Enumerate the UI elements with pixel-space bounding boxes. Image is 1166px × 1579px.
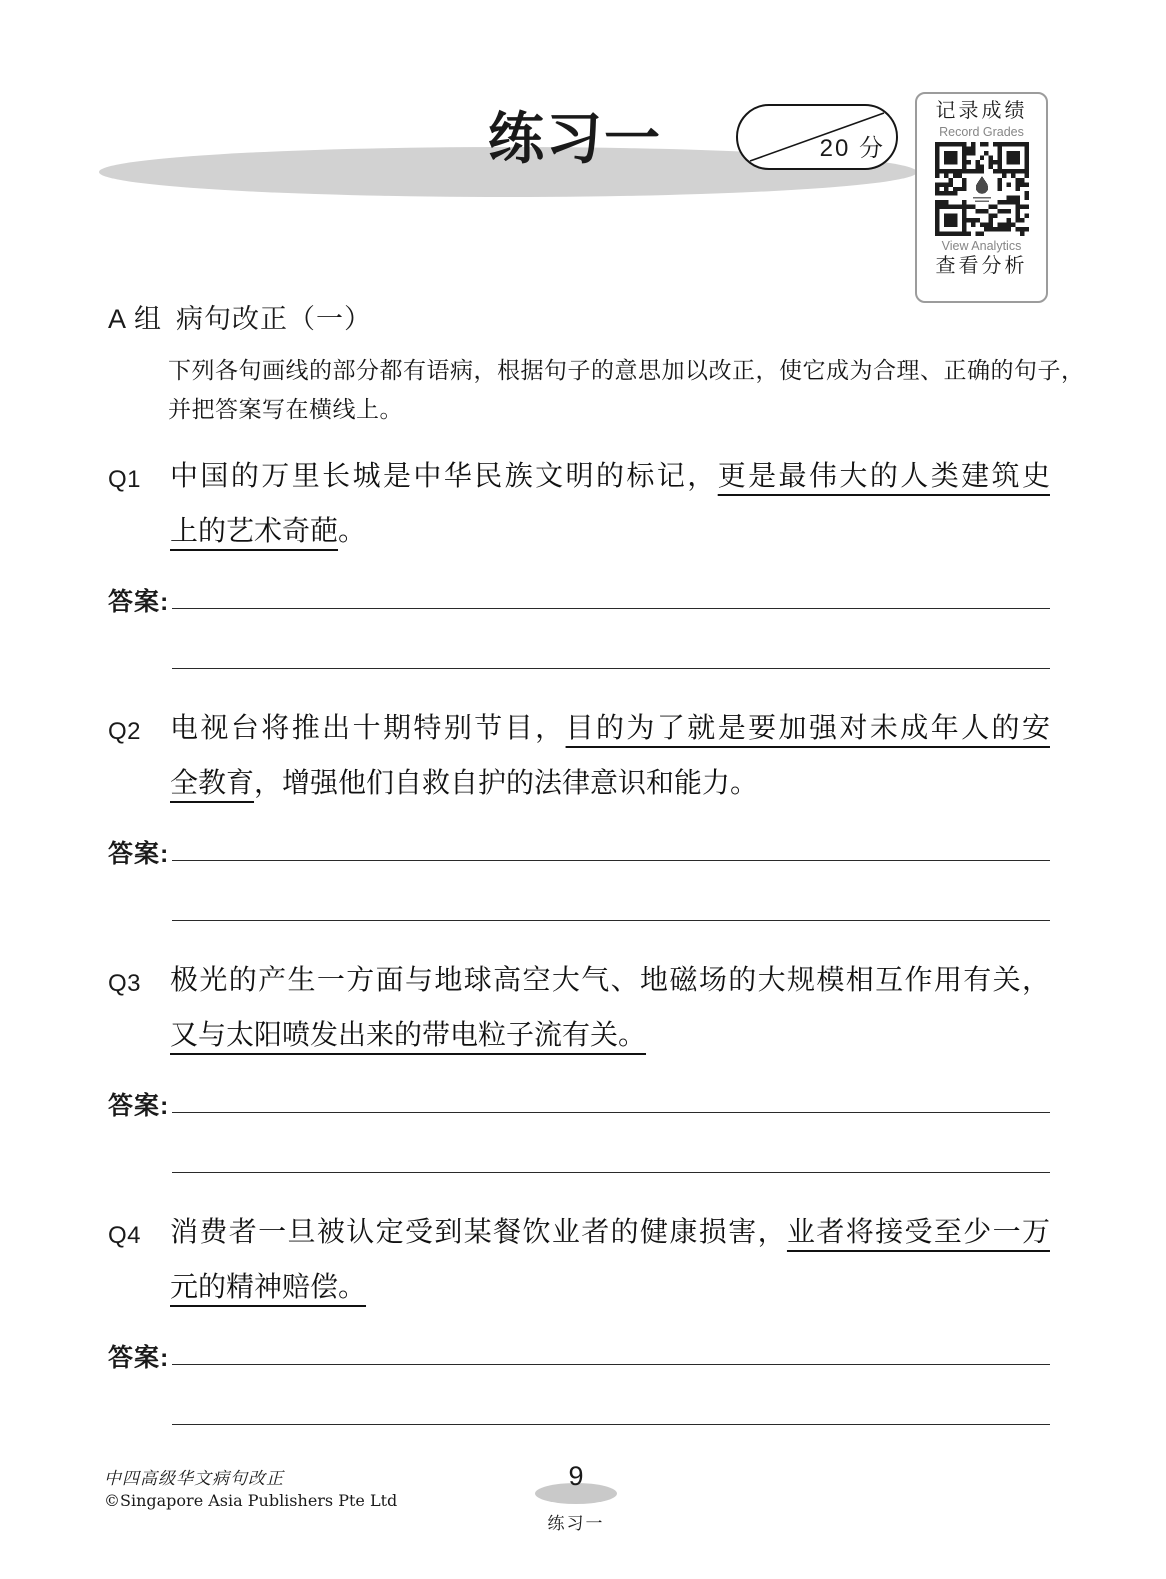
qr-title-cn: 记录成绩: [936, 99, 1028, 124]
question-q1: 中国的万里长城是中华民族文明的标记，更是最伟大的人类建筑史 上的艺术奇葩。: [170, 448, 1050, 558]
answer-line: [172, 1112, 1050, 1113]
answer-line: [172, 608, 1050, 609]
question-line: 元的精神赔偿。: [170, 1259, 1050, 1314]
answer-line: [172, 1364, 1050, 1365]
question-label-q1: Q1: [108, 466, 141, 494]
answer-line: [172, 860, 1050, 861]
question-line: 电视台将推出十期特别节目，目的为了就是要加强对未成年人的安: [170, 700, 1050, 755]
question-text: 电视台将推出十期特别节目，: [170, 711, 566, 744]
question-q3: 极光的产生一方面与地球高空大气、地磁场的大规模相互作用有关， 又与太阳喷发出来的…: [170, 952, 1050, 1062]
answer-label: 答案:: [108, 1086, 169, 1122]
underlined-text: 更是最伟大的人类建筑史: [718, 459, 1050, 492]
instructions-line: 并把答案写在横线上。: [168, 390, 1085, 429]
footer-page-label: 练习一: [496, 1509, 656, 1534]
qr-footer-en: View Analytics: [942, 238, 1022, 254]
footer-series-title: 中四高级华文病句改正: [104, 1464, 284, 1489]
answer-line: [172, 920, 1050, 921]
question-label-q4: Q4: [108, 1222, 141, 1250]
qr-title-en: Record Grades: [939, 124, 1024, 140]
section-heading: A 组病句改正（一）: [108, 297, 372, 336]
answer-line: [172, 1424, 1050, 1425]
question-line: 又与太阳喷发出来的带电粒子流有关。: [170, 1007, 1050, 1062]
score-box: 20 分: [736, 104, 898, 170]
question-line: 消费者一旦被认定受到某餐饮业者的健康损害，业者将接受至少一万: [170, 1204, 1050, 1259]
score-value: 20 分: [820, 128, 885, 163]
instructions-line: 下列各句画线的部分都有语病，根据句子的意思加以改正，使它成为合理、正确的句子，: [168, 351, 1085, 390]
page-title: 练习一: [488, 108, 662, 170]
answer-label: 答案:: [108, 582, 169, 618]
instructions: 下列各句画线的部分都有语病，根据句子的意思加以改正，使它成为合理、正确的句子， …: [168, 351, 1085, 429]
underlined-text: 又与太阳喷发出来的带电粒子流有关。: [170, 1018, 646, 1051]
answer-line: [172, 1172, 1050, 1173]
worksheet-page: { "header": { "title": "练习一", "score_box…: [0, 0, 1166, 1579]
underlined-text: 目的为了就是要加强对未成年人的安: [566, 711, 1050, 744]
question-text: ，增强他们自救自护的法律意识和能力。: [254, 766, 758, 799]
qr-panel: 记录成绩 Record Grades View Analytics 查看分析: [915, 92, 1048, 303]
underlined-text: 全教育: [170, 766, 254, 799]
qr-code-icon: [935, 142, 1029, 236]
answer-label: 答案:: [108, 834, 169, 870]
question-line: 上的艺术奇葩。: [170, 503, 1050, 558]
page-number: 9: [535, 1461, 617, 1492]
underlined-text: 业者将接受至少一万: [787, 1215, 1050, 1248]
underlined-text: 上的艺术奇葩: [170, 514, 338, 547]
section-title: 病句改正（一）: [176, 304, 372, 334]
question-line: 中国的万里长城是中华民族文明的标记，更是最伟大的人类建筑史: [170, 448, 1050, 503]
qr-footer-cn: 查看分析: [936, 254, 1028, 279]
answer-line: [172, 668, 1050, 669]
underlined-text: 元的精神赔偿。: [170, 1270, 366, 1303]
question-q2: 电视台将推出十期特别节目，目的为了就是要加强对未成年人的安 全教育，增强他们自救…: [170, 700, 1050, 810]
question-text: 消费者一旦被认定受到某餐饮业者的健康损害，: [170, 1215, 787, 1248]
question-text: 。: [338, 514, 366, 547]
question-text: 中国的万里长城是中华民族文明的标记，: [170, 459, 718, 492]
section-group-label: A 组: [108, 304, 162, 334]
question-line: 全教育，增强他们自救自护的法律意识和能力。: [170, 755, 1050, 810]
answer-label: 答案:: [108, 1338, 169, 1374]
question-line: 极光的产生一方面与地球高空大气、地磁场的大规模相互作用有关，: [170, 952, 1050, 1007]
question-label-q3: Q3: [108, 970, 141, 998]
question-q4: 消费者一旦被认定受到某餐饮业者的健康损害，业者将接受至少一万 元的精神赔偿。: [170, 1204, 1050, 1314]
question-label-q2: Q2: [108, 718, 141, 746]
question-text: 极光的产生一方面与地球高空大气、地磁场的大规模相互作用有关，: [170, 963, 1050, 996]
footer-publisher: ©Singapore Asia Publishers Pte Ltd: [104, 1491, 397, 1510]
